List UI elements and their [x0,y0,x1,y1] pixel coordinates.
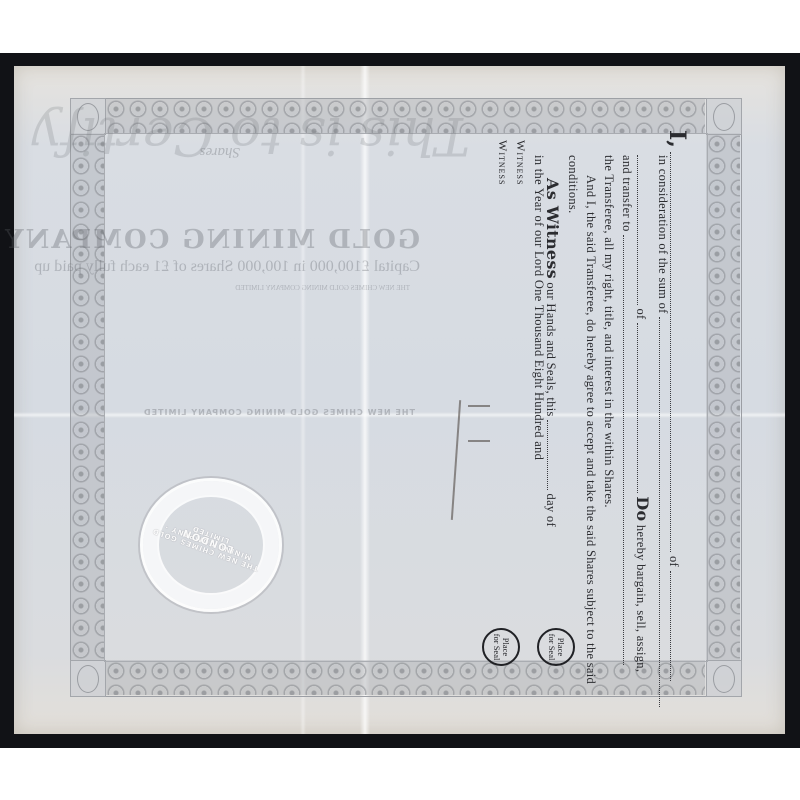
bleed-through-fine-print: THE NEW CHIMES GOLD MINING COMPANY LIMIT… [235,284,410,292]
transfer-line-rights: the Transferee, all my right, title, and… [601,155,616,508]
bleed-through-shares-label: Shares [200,143,240,160]
transfer-line-transferee: and transfer to [619,155,634,665]
border-band-bottom [105,660,705,695]
border-corner-ornament [706,660,742,697]
day-of-label: day of [544,494,558,527]
transfer-line-conditions: conditions. [565,155,580,214]
border-band-left [70,133,104,660]
bleed-through-title: This is to Certify [32,105,470,165]
bleed-through-company-name: GOLD MINING COMPANY LIMITED [0,225,420,255]
witness-label-1: Witness [513,140,528,185]
witness-clause: our Hands and Seals, this [544,282,558,416]
seal-placeholder-1: Place for Seal [537,628,575,666]
border-band-right [706,133,740,660]
transferee-name-field[interactable] [623,235,633,665]
transferor-address-field[interactable] [670,571,680,681]
seal-placeholder-text: Place for Seal [547,632,565,662]
pencil-mark [468,440,490,442]
border-corner-ornament [70,660,106,697]
transfer-line-assign: of Do hereby bargain, sell, assign, [633,155,652,672]
bleed-through-registered-name: THE NEW CHIMES GOLD MINING COMPANY LIMIT… [143,408,415,417]
witness-label-2: Witness [495,140,510,185]
transfer-line-acceptance: And I, the said Transferee, do hereby ag… [583,175,598,684]
transferor-label: I, [664,130,690,148]
payer-field[interactable] [637,155,647,305]
transfer-to-label: and transfer to [620,155,634,232]
pencil-mark [468,405,490,407]
grant-clause: hereby bargain, sell, assign, [634,525,648,672]
consideration-amount-field[interactable] [659,317,669,707]
witness-day-field[interactable] [547,420,557,490]
seal-placeholder-text: Place for Seal [492,632,510,662]
of-label-2: of [634,308,648,319]
border-corner-ornament [706,98,742,135]
consideration-label: in consideration of the sum of [656,155,670,314]
transferor-name-field[interactable] [670,152,680,552]
do-label: Do [633,496,652,521]
bleed-through-capital: Capital £100,000 in 100,000 Shares of £1… [34,258,420,276]
payer-address-field[interactable] [637,323,647,493]
transfer-line-consideration: in consideration of the sum of [655,155,670,707]
seal-placeholder-2: Place for Seal [482,628,520,666]
transfer-line-year: in the Year of our Lord One Thousand Eig… [531,155,546,460]
